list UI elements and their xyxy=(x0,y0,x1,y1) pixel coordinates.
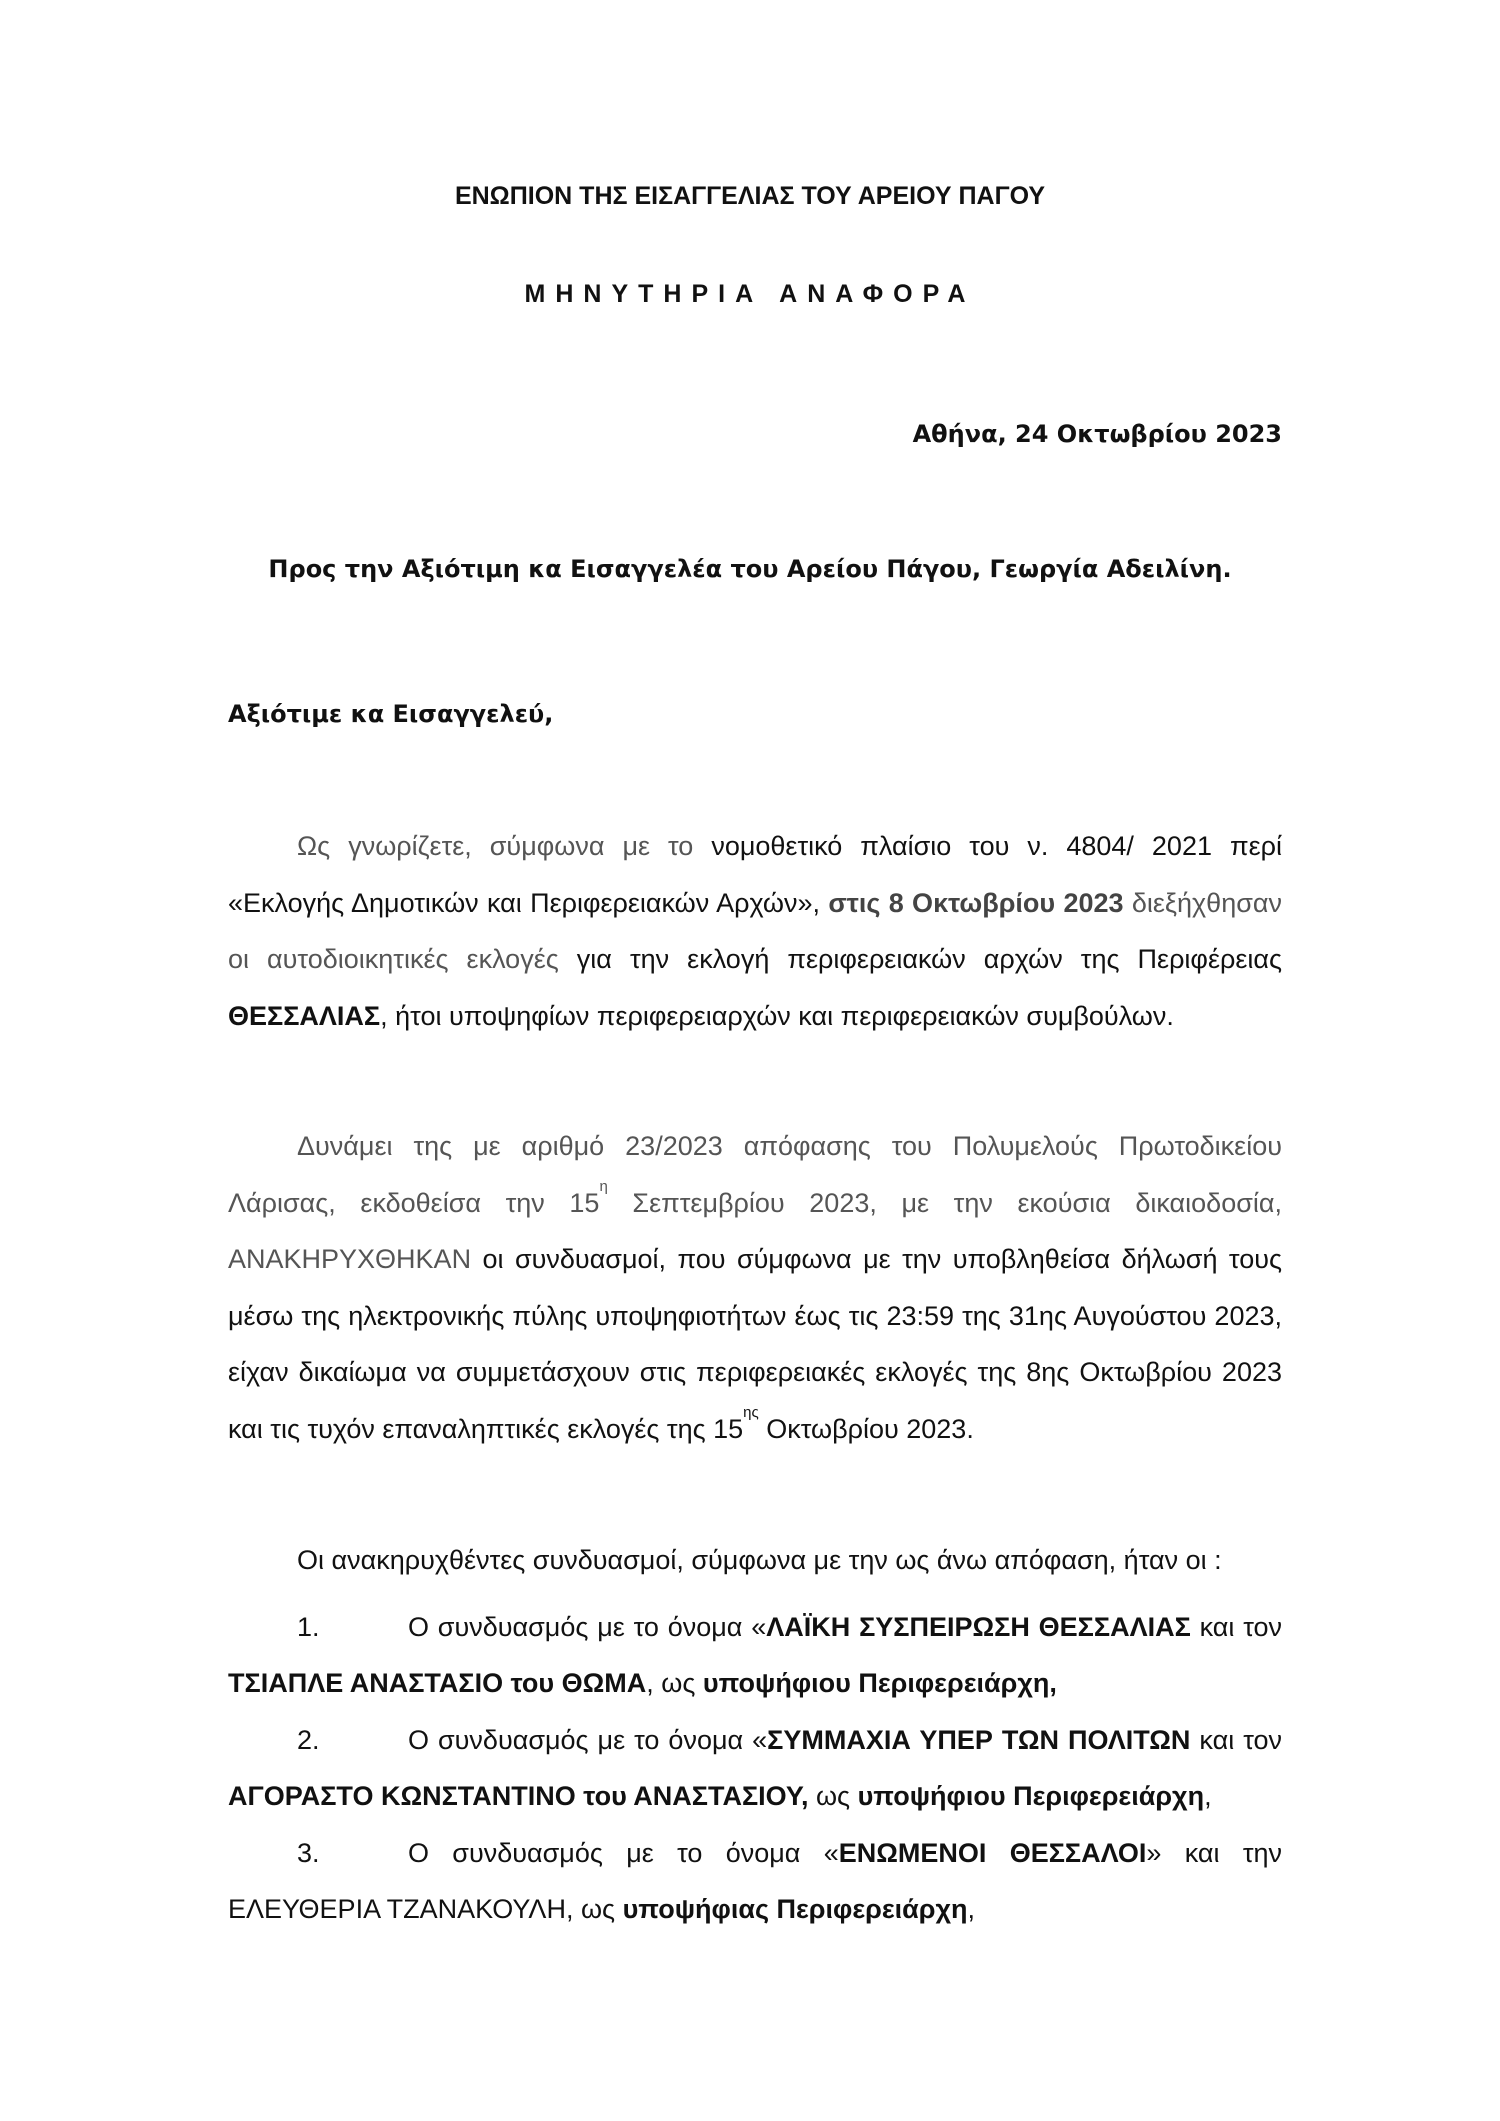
candidate-name: ΤΣΙΑΠΛΕ ΑΝΑΣΤΑΣΙΟ του ΘΩΜΑ xyxy=(228,1668,646,1698)
paragraph-legal-framework: Ως γνωρίζετε, σύμφωνα με το νομοθετικό π… xyxy=(228,818,1282,1044)
list-number: 1. xyxy=(297,1599,408,1656)
text-span: ως xyxy=(808,1781,857,1811)
candidate-name: ΑΓΟΡΑΣΤΟ ΚΩΝΣΤΑΝΤΙΝΟ του ΑΝΑΣΤΑΣΙΟΥ, xyxy=(228,1781,808,1811)
ordinal-superscript: ης xyxy=(743,1404,759,1421)
paragraph-court-decision: Δυνάμει της με αριθμό 23/2023 απόφασης τ… xyxy=(228,1118,1282,1457)
ordinal-superscript: η xyxy=(599,1178,607,1195)
candidate-role: υποψήφιου Περιφερειάρχη, xyxy=(703,1668,1057,1698)
election-date-emphasis: στις 8 Οκτωβρίου 2023 xyxy=(820,888,1124,918)
document-title: ΜΗΝΥΤΗΡΙΑ ΑΝΑΦΟΡΑ xyxy=(0,280,1500,309)
text-span: Ο συνδυασμός με το όνομα « xyxy=(408,1838,839,1868)
text-span: , xyxy=(968,1894,976,1924)
text-span: Ο συνδυασμός με το όνομα « xyxy=(408,1612,766,1642)
list-number: 2. xyxy=(297,1712,408,1769)
party-name: ΕΝΩΜΕΝΟΙ ΘΕΣΣΑΛΟΙ xyxy=(839,1838,1147,1868)
text-span: Οκτωβρίου 2023. xyxy=(759,1414,974,1444)
text-span: , xyxy=(1204,1781,1212,1811)
list-item: 1.Ο συνδυασμός με το όνομα «ΛΑΪΚΗ ΣΥΣΠΕΙ… xyxy=(228,1599,1282,1712)
text-span: , ως xyxy=(646,1668,703,1698)
text-span: , ήτοι υποψηφίων περιφερειαρχών και περι… xyxy=(380,1001,1174,1031)
list-number: 3. xyxy=(297,1825,408,1882)
region-name-emphasis: ΘΕΣΣΑΛΙΑΣ xyxy=(228,1001,380,1031)
text-span: και τον xyxy=(1191,1612,1282,1642)
text-span: , ως xyxy=(566,1894,623,1924)
candidate-role: υποψήφιας Περιφερειάρχη xyxy=(623,1894,968,1924)
document-heading: ΕΝΩΠΙΟΝ ΤΗΣ ΕΙΣΑΓΓΕΛΙΑΣ ΤΟΥ ΑΡΕΙΟΥ ΠΑΓΟΥ xyxy=(0,182,1500,211)
list-item: 2.Ο συνδυασμός με το όνομα «ΣΥΜΜΑΧΙΑ ΥΠΕ… xyxy=(228,1712,1282,1825)
candidate-name: ΕΛΕΥΘΕΡΙΑ ΤΖΑΝΑΚΟΥΛΗ xyxy=(228,1894,566,1924)
candidate-role: υποψήφιου Περιφερειάρχη xyxy=(858,1781,1205,1811)
paragraph-coalitions-list: Οι ανακηρυχθέντες συνδυασμοί, σύμφωνα με… xyxy=(228,1532,1282,1938)
addressee-line: Προς την Αξιότιμη κα Εισαγγελέα του Αρεί… xyxy=(0,555,1500,583)
list-intro: Οι ανακηρυχθέντες συνδυασμοί, σύμφωνα με… xyxy=(228,1532,1282,1589)
text-span: για την εκλογή περιφερειακών αρχών της Π… xyxy=(559,944,1282,974)
text-span: Ο συνδυασμός με το όνομα « xyxy=(408,1725,767,1755)
salutation: Αξιότιμε κα Εισαγγελεύ, xyxy=(228,700,553,728)
document-page: ΕΝΩΠΙΟΝ ΤΗΣ ΕΙΣΑΓΓΕΛΙΑΣ ΤΟΥ ΑΡΕΙΟΥ ΠΑΓΟΥ… xyxy=(0,0,1500,2121)
text-span: » και την xyxy=(1146,1838,1282,1868)
text-span: και τον xyxy=(1190,1725,1282,1755)
party-name: ΣΥΜΜΑΧΙΑ ΥΠΕΡ ΤΩΝ ΠΟΛΙΤΩΝ xyxy=(767,1725,1190,1755)
list-item: 3.Ο συνδυασμός με το όνομα «ΕΝΩΜΕΝΟΙ ΘΕΣ… xyxy=(228,1825,1282,1938)
text-span: Ως γνωρίζετε, σύμφωνα με το xyxy=(297,831,693,861)
document-date: Αθήνα, 24 Οκτωβρίου 2023 xyxy=(913,420,1282,448)
party-name: ΛΑΪΚΗ ΣΥΣΠΕΙΡΩΣΗ ΘΕΣΣΑΛΙΑΣ xyxy=(766,1612,1191,1642)
